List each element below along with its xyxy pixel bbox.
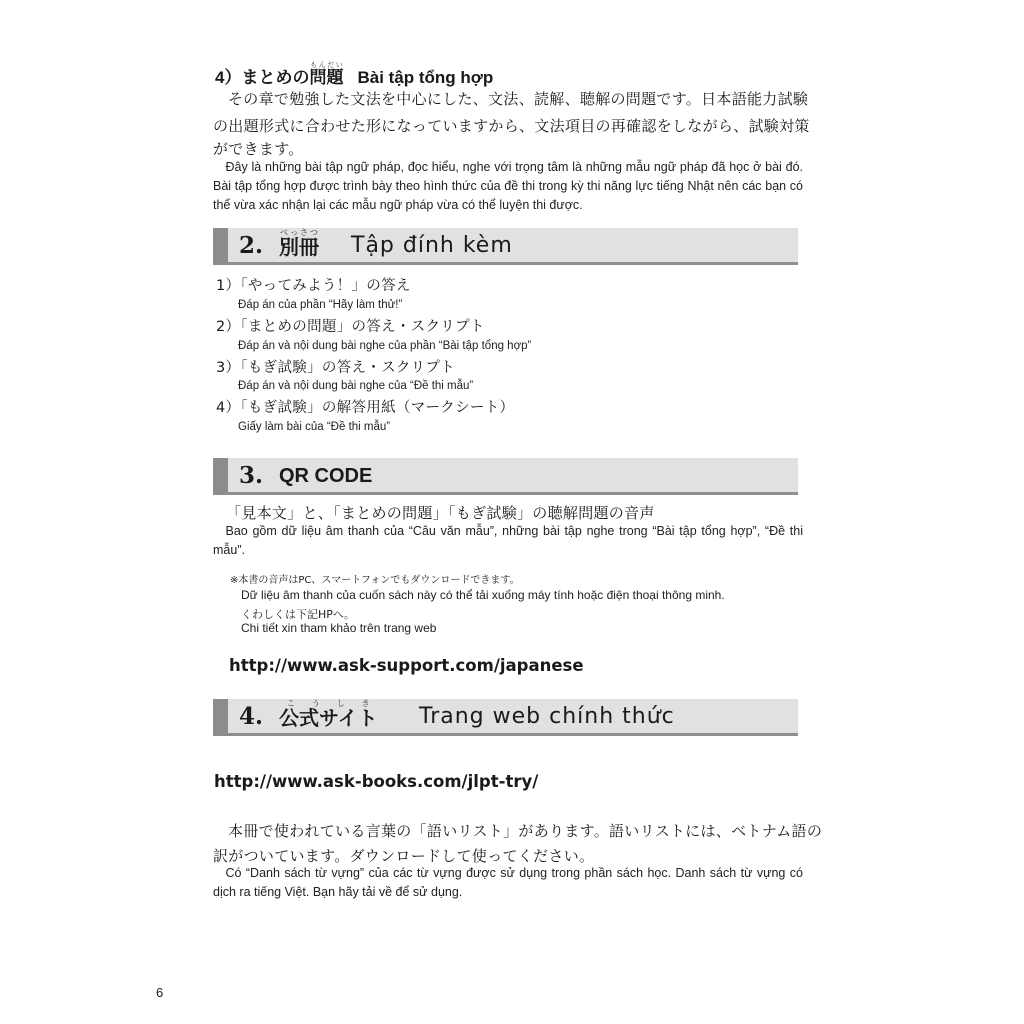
section-header-3: 3. QR CODE xyxy=(213,458,798,495)
section-title-jp: 別冊べっさつ xyxy=(279,228,319,264)
section4-body-vn: Có “Danh sách từ vựng” của các từ vựng đ… xyxy=(213,864,803,902)
list-item-jp: 1）「やってみよう！」の答え xyxy=(216,275,411,297)
section-tab-marker xyxy=(213,458,228,495)
section-title-jp: 公式サイトこうしき xyxy=(279,699,378,735)
section-header-4: 4. 公式サイトこうしき Trang web chính thức xyxy=(213,699,798,736)
list-item-vn: Đáp án của phần “Hãy làm thử!” xyxy=(238,297,402,313)
section-title-vn: Trang web chính thức xyxy=(419,701,675,733)
section-header-2: 2. 別冊べっさつ Tập đính kèm xyxy=(213,228,798,265)
section-title-vn: Tập đính kèm xyxy=(351,230,513,262)
note-vn: Dữ liệu âm thanh của cuốn sách này có th… xyxy=(241,588,725,602)
list-item-jp: 3）「もぎ試験」の答え・スクリプト xyxy=(216,357,455,379)
support-url-link[interactable]: http://www.ask-support.com/japanese xyxy=(229,656,584,675)
section-number: 4. xyxy=(239,701,263,733)
section-title: QR CODE xyxy=(279,461,372,491)
subsection-heading-jp: 4）まとめの xyxy=(215,68,309,87)
section-tab-marker xyxy=(213,228,228,265)
section-number: 2. xyxy=(239,230,263,262)
list-item-vn: Đáp án và nội dung bài nghe của phần “Bà… xyxy=(238,338,531,354)
list-item-vn: Giấy làm bài của “Đề thi mẫu” xyxy=(238,419,390,435)
note-vn: Chi tiết xin tham khảo trên trang web xyxy=(241,621,436,635)
section-number: 3. xyxy=(239,460,263,492)
page-number: 6 xyxy=(156,985,163,1000)
subsection-heading-vn: Bài tập tổng hợp xyxy=(357,68,493,87)
subsection-heading: 4）まとめの問題もんだいBài tập tổng hợp xyxy=(215,62,493,88)
list-item-jp: 4）「もぎ試験」の解答用紙（マークシート） xyxy=(216,397,514,419)
note-jp: ※本書の音声はPC、スマートフォンでもダウンロードできます。 xyxy=(230,571,520,586)
section-tab-marker xyxy=(213,699,228,736)
body-jp-line1: その章で勉強した文法を中心にした、文法、読解、聴解の問題です。日本語能力試験 xyxy=(213,86,803,113)
section3-body-vn: Bao gồm dữ liệu âm thanh của “Câu văn mẫ… xyxy=(213,522,803,560)
section4-body-jp-line1: 本冊で使われている言葉の「語いリスト」があります。語いリストには、ベトナム語の xyxy=(213,818,803,845)
body-vn: Đây là những bài tập ngữ pháp, đọc hiểu,… xyxy=(213,158,803,215)
note-jp: くわしくは下記HPへ。 xyxy=(241,606,355,622)
list-item-vn: Đáp án và nội dung bài nghe của “Đề thi … xyxy=(238,378,473,394)
heading-kanji: 問題もんだい xyxy=(309,68,343,87)
official-site-link[interactable]: http://www.ask-books.com/jlpt-try/ xyxy=(214,772,538,791)
list-item-jp: 2）「まとめの問題」の答え・スクリプト xyxy=(216,316,485,338)
